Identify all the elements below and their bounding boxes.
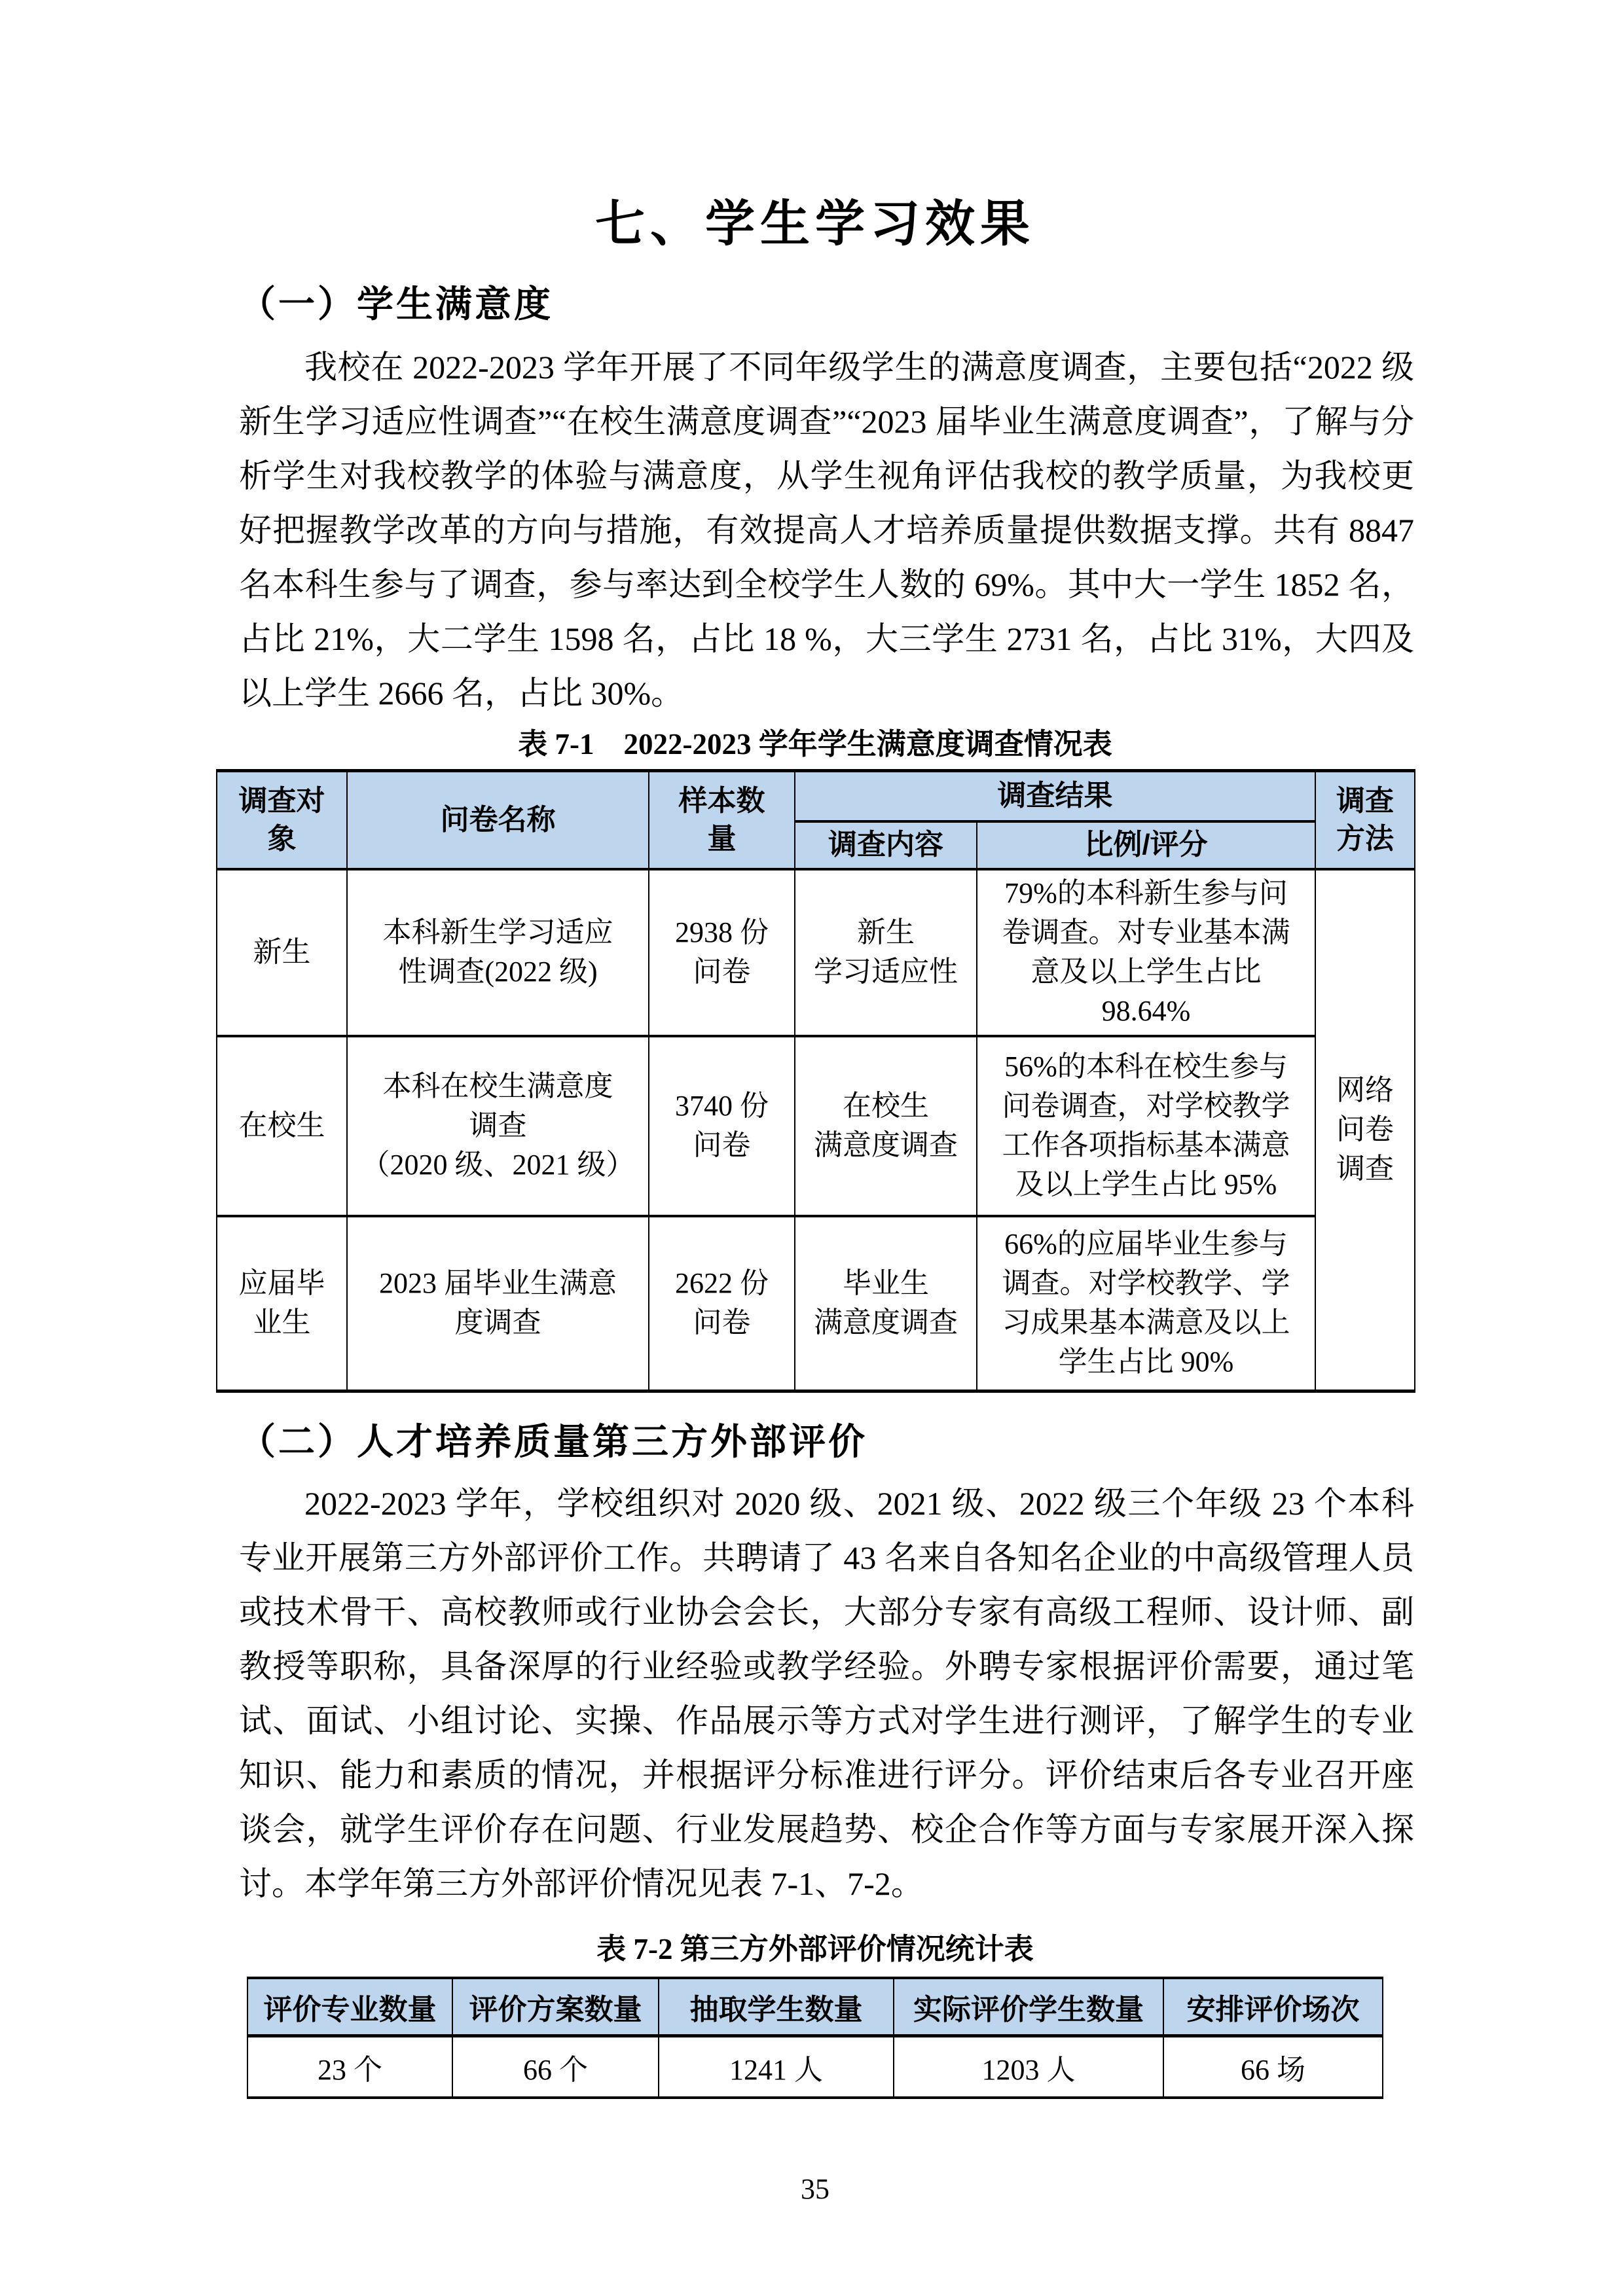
- table1-header-ratio: 比例/评分: [977, 821, 1315, 869]
- table2-third-party-evaluation: 评价专业数量 评价方案数量 抽取学生数量 实际评价学生数量 安排评价场次 23 …: [247, 1977, 1383, 2099]
- table1-header-content: 调查内容: [795, 821, 977, 869]
- cell-result: 66%的应届毕业生参与 调查。对学校教学、学 习成果基本满意及以上 学生占比 9…: [977, 1216, 1315, 1391]
- section2-paragraph: 2022-2023 学年，学校组织对 2020 级、2021 级、2022 级三…: [239, 1477, 1414, 1911]
- table1-header-result-group: 调查结果: [795, 771, 1315, 821]
- cell-majors-count: 23 个: [247, 2036, 452, 2098]
- table2-header-sessions: 安排评价场次: [1163, 1978, 1383, 2036]
- table2-caption: 表 7-2 第三方外部评价情况统计表: [216, 1931, 1414, 1967]
- section2-heading: （二）人才培养质量第三方外部评价: [239, 1419, 1414, 1465]
- document-page: 七、学生学习效果 （一）学生满意度 我校在 2022-2023 学年开展了不同年…: [0, 0, 1623, 2296]
- table1-header-sample: 样本数 量: [649, 771, 795, 869]
- cell-target: 在校生: [217, 1036, 347, 1216]
- table1-header-target: 调查对 象: [217, 771, 347, 869]
- table1-header-method: 调查 方法: [1315, 771, 1415, 869]
- cell-questionnaire: 2023 届毕业生满意 度调查: [347, 1216, 649, 1391]
- table1-row-current-students: 在校生 本科在校生满意度 调查 （2020 级、2021 级） 3740 份 问…: [217, 1036, 1415, 1216]
- table1-row-freshmen: 新生 本科新生学习适应 性调查(2022 级) 2938 份 问卷 新生 学习适…: [217, 869, 1415, 1036]
- cell-sampled-count: 1241 人: [659, 2036, 894, 2098]
- table1-row-graduates: 应届毕 业生 2023 届毕业生满意 度调查 2622 份 问卷 毕业生 满意度…: [217, 1216, 1415, 1391]
- cell-sessions-count: 66 场: [1163, 2036, 1383, 2098]
- cell-questionnaire: 本科新生学习适应 性调查(2022 级): [347, 869, 649, 1036]
- table2-data-row: 23 个 66 个 1241 人 1203 人 66 场: [247, 2036, 1383, 2098]
- cell-result: 79%的本科新生参与问 卷调查。对专业基本满 意及以上学生占比 98.64%: [977, 869, 1315, 1036]
- cell-questionnaire: 本科在校生满意度 调查 （2020 级、2021 级）: [347, 1036, 649, 1216]
- section1-heading: （一）学生满意度: [239, 281, 1414, 327]
- cell-evaluated-count: 1203 人: [894, 2036, 1163, 2098]
- cell-sample: 2938 份 问卷: [649, 869, 795, 1036]
- table1-header-questionnaire: 问卷名称: [347, 771, 649, 869]
- table2-header-evaluated-students: 实际评价学生数量: [894, 1978, 1163, 2036]
- table2-header-majors: 评价专业数量: [247, 1978, 452, 2036]
- table1-satisfaction-survey: 调查对 象 问卷名称 样本数 量 调查结果 调查 方法 调查内容 比例/评分 新…: [216, 769, 1415, 1393]
- table2-header-sampled-students: 抽取学生数量: [659, 1978, 894, 2036]
- table1-caption: 表 7-1 2022-2023 学年学生满意度调查情况表: [216, 726, 1414, 762]
- cell-content: 在校生 满意度调查: [795, 1036, 977, 1216]
- section1-paragraph: 我校在 2022-2023 学年开展了不同年级学生的满意度调查，主要包括“202…: [239, 340, 1414, 721]
- cell-plans-count: 66 个: [452, 2036, 659, 2098]
- cell-method: 网络 问卷 调查: [1315, 869, 1415, 1391]
- cell-result: 56%的本科在校生参与 问卷调查，对学校教学 工作各项指标基本满意 及以上学生占…: [977, 1036, 1315, 1216]
- table2-header-row: 评价专业数量 评价方案数量 抽取学生数量 实际评价学生数量 安排评价场次: [247, 1978, 1383, 2036]
- cell-sample: 2622 份 问卷: [649, 1216, 795, 1391]
- table1-header-row-1: 调查对 象 问卷名称 样本数 量 调查结果 调查 方法: [217, 771, 1415, 821]
- table2-header-plans: 评价方案数量: [452, 1978, 659, 2036]
- page-number: 35: [216, 2172, 1414, 2206]
- cell-target: 应届毕 业生: [217, 1216, 347, 1391]
- cell-target: 新生: [217, 869, 347, 1036]
- cell-content: 新生 学习适应性: [795, 869, 977, 1036]
- page-title: 七、学生学习效果: [216, 193, 1414, 255]
- cell-sample: 3740 份 问卷: [649, 1036, 795, 1216]
- cell-content: 毕业生 满意度调查: [795, 1216, 977, 1391]
